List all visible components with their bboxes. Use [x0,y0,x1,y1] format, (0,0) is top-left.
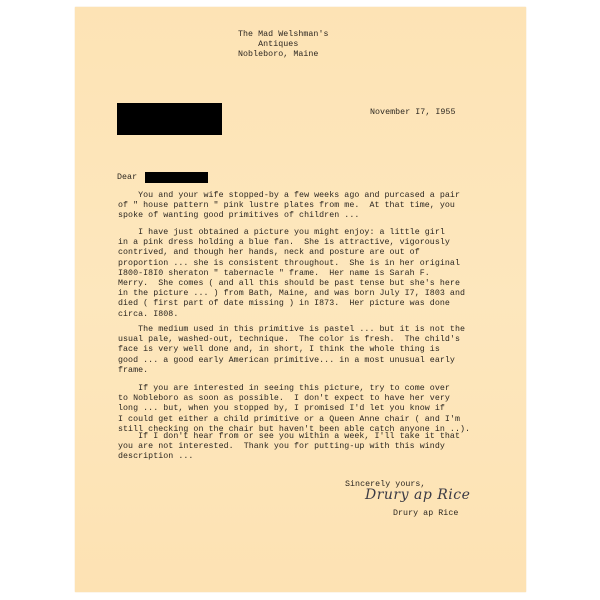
salutation: Dear [117,173,137,183]
letterhead-line-2: Antiques [238,40,298,49]
paragraph-2: I have just obtained a picture you might… [118,228,465,320]
paragraph-1: You and your wife stopped-by a few weeks… [118,191,460,222]
handwritten-signature: Drury ap Rice [365,487,470,503]
paragraph-5: If I don't hear from or see you within a… [118,432,460,463]
letter-page: The Mad Welshman's Antiques Nobleboro, M… [75,7,526,592]
letterhead-line-3: Nobleboro, Maine [238,50,318,59]
letterhead: The Mad Welshman's Antiques Nobleboro, M… [238,30,329,61]
typed-signature: Drury ap Rice [393,509,458,519]
letter-date: November I7, I955 [370,108,456,118]
letterhead-line-1: The Mad Welshman's [238,30,329,39]
paragraph-4: If you are interested in seeing this pic… [118,384,470,435]
redacted-recipient-name [145,172,208,183]
paragraph-3: The medium used in this primitive is pas… [118,325,465,376]
redacted-address-block [117,103,222,135]
